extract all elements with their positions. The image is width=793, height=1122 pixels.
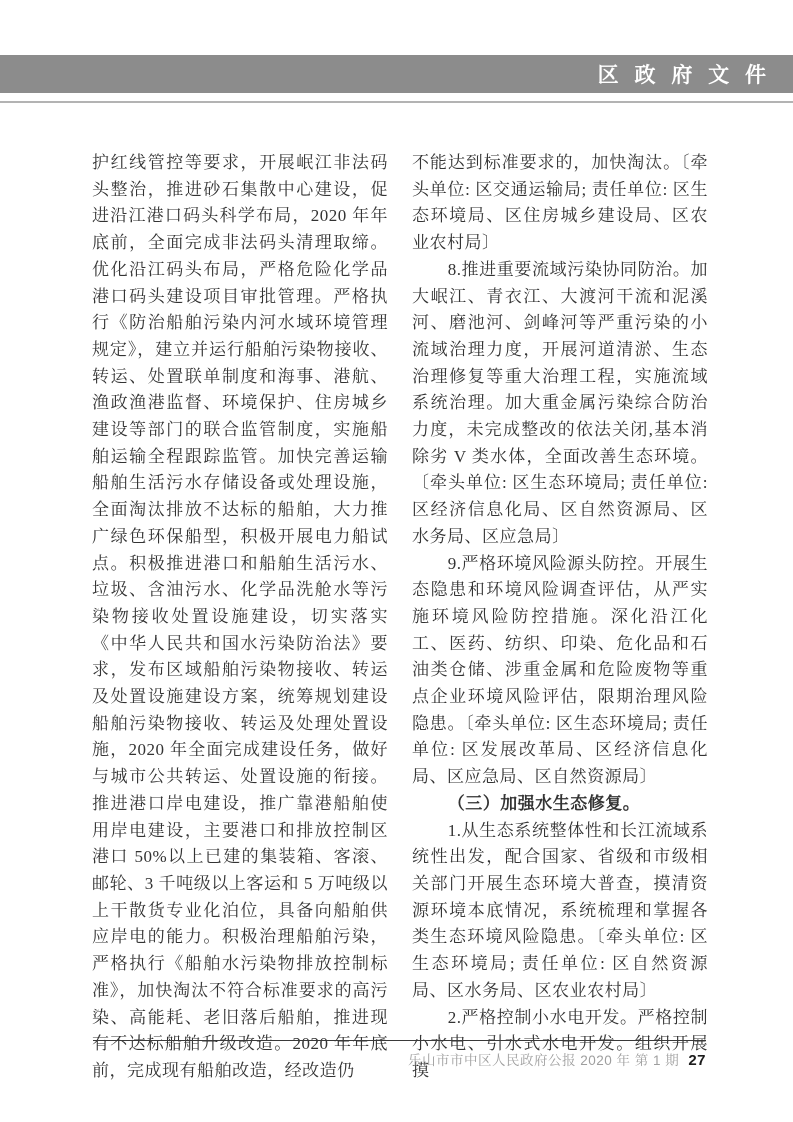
- body-paragraph: 不能达到标准要求的，加快淘汰。〔牵头单位: 区交通运输局; 责任单位: 区生态环…: [412, 150, 708, 257]
- body-paragraph-item-2: 2.严格控制小水电开发。严格控制小水电、引水式水电开发。组织开展摸: [412, 1005, 708, 1085]
- body-paragraph-item-8: 8.推进重要流域污染协同防治。加大岷江、青衣江、大渡河干流和泥溪河、磨池河、剑峰…: [412, 257, 708, 551]
- body-paragraph-item-9: 9.严格环境风险源头防控。开展生态隐患和环境风险调查评估，从严实施环境风险防控措…: [412, 551, 708, 791]
- body-paragraph-item-1: 1.从生态系统整体性和长江流域系统性出发，配合国家、省级和市级相关部门开展生态环…: [412, 818, 708, 1005]
- footer-rule: [93, 1040, 706, 1041]
- right-column: 不能达到标准要求的，加快淘汰。〔牵头单位: 区交通运输局; 责任单位: 区生态环…: [412, 150, 708, 1085]
- publication-title: 乐山市市中区人民政府公报 2020 年 第 1 期: [408, 1053, 679, 1068]
- document-page: 区 政 府 文 件 护红线管控等要求，开展岷江非法码头整治，推进砂石集散中心建设…: [0, 0, 793, 1122]
- page-number: 27: [688, 1052, 706, 1069]
- left-column: 护红线管控等要求，开展岷江非法码头整治，推进砂石集散中心建设，促进沿江港口码头科…: [92, 150, 388, 1085]
- page-body: 护红线管控等要求，开展岷江非法码头整治，推进砂石集散中心建设，促进沿江港口码头科…: [92, 150, 708, 1085]
- header-rule: [0, 101, 793, 103]
- section-heading: （三）加强水生态修复。: [412, 791, 708, 818]
- header-banner: 区 政 府 文 件: [0, 55, 793, 93]
- page-footer: 乐山市市中区人民政府公报 2020 年 第 1 期27: [93, 1049, 706, 1069]
- banner-title: 区 政 府 文 件: [598, 59, 771, 89]
- body-paragraph: 护红线管控等要求，开展岷江非法码头整治，推进砂石集散中心建设，促进沿江港口码头科…: [92, 150, 388, 1085]
